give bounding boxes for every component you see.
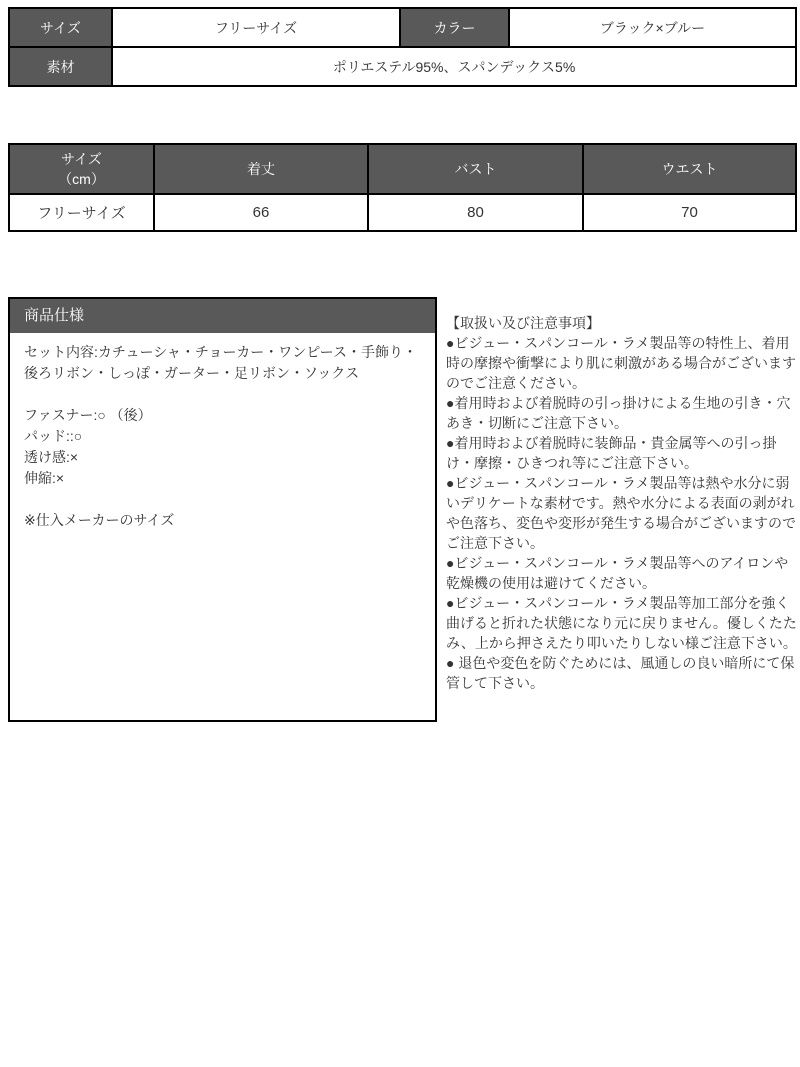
care-note-item: ●着用時および着脱時に装飾品・貴金属等への引っ掛け・摩擦・ひきつれ等にご注意下さ… (446, 433, 797, 473)
material-label-cell: 素材 (9, 47, 112, 86)
bust-header-cell: バスト (368, 144, 583, 194)
set-contents-text: セット内容:カチューシャ・チョーカー・ワンピース・手飾り・後ろリボン・しっぽ・ガ… (24, 342, 421, 384)
care-note-item: ● 退色や変色を防ぐためには、風通しの良い暗所にて保管して下さい。 (446, 653, 797, 693)
size-value-cell: フリーサイズ (112, 8, 400, 47)
size-table-header-row: サイズ （cm） 着丈 バスト ウエスト (9, 144, 796, 194)
size-measurements-table: サイズ （cm） 着丈 バスト ウエスト フリーサイズ 66 80 70 (8, 143, 797, 232)
color-label-cell: カラー (400, 8, 509, 47)
color-value-cell: ブラック×ブルー (509, 8, 796, 47)
waist-header-cell: ウエスト (583, 144, 796, 194)
sheer-text: 透け感:× (24, 447, 421, 468)
attribute-table: サイズ フリーサイズ カラー ブラック×ブルー 素材 ポリエステル95%、スパン… (8, 7, 797, 87)
pad-text: パッド::○ (24, 426, 421, 447)
supplier-size-note: ※仕入メーカーのサイズ (24, 510, 421, 531)
care-note-item: ●ビジュー・スパンコール・ラメ製品等へのアイロンや乾燥機の使用は避けてください。 (446, 553, 797, 593)
size-label-cell: サイズ (9, 8, 112, 47)
product-spec-header: 商品仕様 (10, 299, 435, 333)
attribute-row-material: 素材 ポリエステル95%、スパンデックス5% (9, 47, 796, 86)
care-notes-heading: 【取扱い及び注意事項】 (446, 313, 797, 333)
attribute-row-size-color: サイズ フリーサイズ カラー ブラック×ブルー (9, 8, 796, 47)
length-header-cell: 着丈 (154, 144, 368, 194)
waist-value-cell: 70 (583, 194, 796, 231)
bust-value-cell: 80 (368, 194, 583, 231)
fastener-text: ファスナー:○ （後） (24, 405, 421, 426)
size-cm-header-cell: サイズ （cm） (9, 144, 154, 194)
size-name-cell: フリーサイズ (9, 194, 154, 231)
stretch-text: 伸縮:× (24, 468, 421, 489)
care-notes-section: 【取扱い及び注意事項】 ●ビジュー・スパンコール・ラメ製品等の特性上、着用時の摩… (446, 313, 797, 693)
product-detail-page: サイズ フリーサイズ カラー ブラック×ブルー 素材 ポリエステル95%、スパン… (0, 0, 800, 1067)
product-spec-body: セット内容:カチューシャ・チョーカー・ワンピース・手飾り・後ろリボン・しっぽ・ガ… (10, 333, 435, 540)
care-note-item: ●着用時および着脱時の引っ掛けによる生地の引き・穴あき・切断にご注意下さい。 (446, 393, 797, 433)
length-value-cell: 66 (154, 194, 368, 231)
care-note-item: ●ビジュー・スパンコール・ラメ製品等加工部分を強く曲げると折れた状態になり元に戻… (446, 593, 797, 653)
size-table-data-row: フリーサイズ 66 80 70 (9, 194, 796, 231)
care-note-item: ●ビジュー・スパンコール・ラメ製品等の特性上、着用時の摩擦や衝撃により肌に刺激が… (446, 333, 797, 393)
product-spec-box: 商品仕様 セット内容:カチューシャ・チョーカー・ワンピース・手飾り・後ろリボン・… (8, 297, 437, 722)
material-value-cell: ポリエステル95%、スパンデックス5% (112, 47, 796, 86)
care-note-item: ●ビジュー・スパンコール・ラメ製品等は熱や水分に弱いデリケートな素材です。熱や水… (446, 473, 797, 553)
